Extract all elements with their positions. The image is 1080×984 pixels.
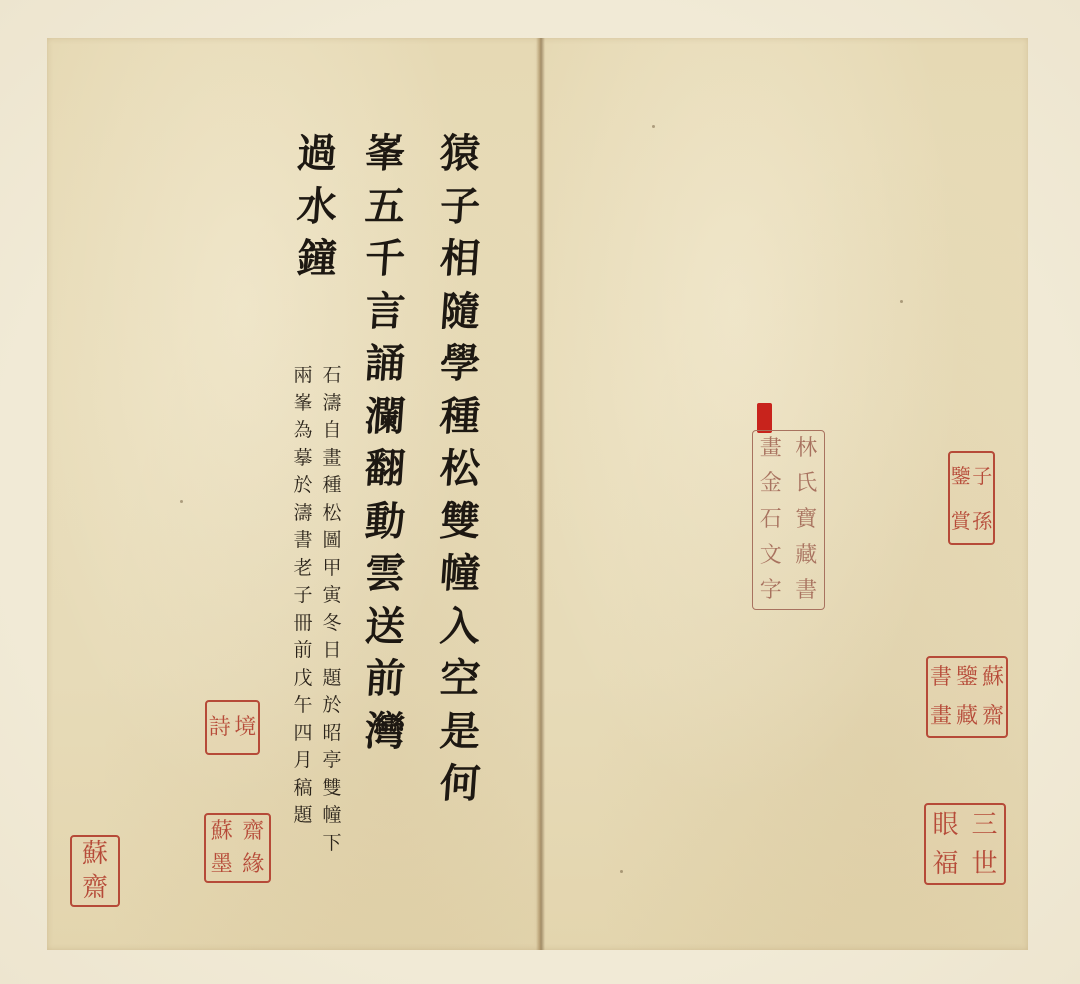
calligraphy-character: 甲 — [320, 555, 344, 583]
calligraphy-character: 石 — [320, 362, 344, 390]
seal-character: 蘇 — [980, 658, 1006, 697]
seal-character: 子 — [972, 453, 994, 498]
calligraphy-character: 鐘 — [290, 233, 344, 286]
seal-character: 世 — [965, 844, 1004, 883]
calligraphy-character: 下 — [320, 830, 344, 858]
calligraphy-character: 隨 — [433, 286, 487, 339]
calligraphy-character: 摹 — [291, 445, 315, 473]
calligraphy-character: 學 — [433, 338, 487, 391]
seal-suzhai-jiancang: 蘇齋鑒藏書畫 — [926, 656, 1008, 738]
seal-character: 眼 — [926, 805, 965, 844]
calligraphy-character: 稿 — [291, 775, 315, 803]
calligraphy-character: 松 — [320, 500, 344, 528]
seal-character: 緣 — [238, 848, 270, 881]
calligraphy-character: 入 — [433, 601, 487, 654]
seal-character: 文 — [753, 538, 789, 574]
calligraphy-character: 子 — [291, 582, 315, 610]
calligraphy-character: 水 — [290, 181, 344, 234]
calligraphy-character: 幢 — [433, 548, 487, 601]
seal-character: 畫 — [928, 697, 954, 736]
calligraphy-character: 冊 — [291, 610, 315, 638]
calligraphy-character: 日 — [320, 637, 344, 665]
seal-character: 詩 — [207, 702, 233, 753]
calligraphy-character: 相 — [433, 233, 487, 286]
calligraphy-character: 動 — [358, 496, 412, 549]
seal-character: 書 — [789, 573, 825, 609]
calligraphy-character: 題 — [320, 665, 344, 693]
calligraphy-character: 昭 — [320, 720, 344, 748]
calligraphy-character: 於 — [291, 472, 315, 500]
calligraphy-character: 子 — [433, 181, 487, 234]
calligraphy-character: 四 — [291, 720, 315, 748]
calligraphy-character: 送 — [358, 601, 412, 654]
calligraphy-character: 月 — [291, 747, 315, 775]
red-paste-mark — [757, 403, 772, 433]
calligraphy-character: 戊 — [291, 665, 315, 693]
calligraphy-character: 亭 — [320, 747, 344, 775]
seal-zisun-jianshang: 子孫鑒賞 — [948, 451, 995, 545]
paper-speck — [180, 500, 183, 503]
calligraphy-character: 老 — [291, 555, 315, 583]
paper-speck — [620, 870, 623, 873]
seal-character: 齋 — [72, 871, 118, 905]
calligraphy-character: 前 — [358, 653, 412, 706]
calligraphy-character: 空 — [433, 653, 487, 706]
poem-column-2: 峯五千言誦瀾翻動雲送前灣 — [360, 128, 410, 758]
calligraphy-character: 於 — [320, 692, 344, 720]
calligraphy-character: 題 — [291, 802, 315, 830]
inscription-column-1: 石濤自畫種松圖甲寅冬日題於昭亭雙幢下 — [320, 362, 344, 857]
seal-lin-collection: 林氏寶藏書畫金石文字 — [752, 430, 825, 610]
calligraphy-character: 雲 — [358, 548, 412, 601]
calligraphy-character: 翻 — [358, 443, 412, 496]
seal-character: 福 — [926, 844, 965, 883]
calligraphy-character: 峯 — [291, 390, 315, 418]
seal-character: 藏 — [789, 538, 825, 574]
calligraphy-character: 是 — [433, 706, 487, 759]
seal-character: 齋 — [980, 697, 1006, 736]
calligraphy-character: 午 — [291, 692, 315, 720]
calligraphy-character: 五 — [358, 181, 412, 234]
calligraphy-character: 雙 — [433, 496, 487, 549]
calligraphy-character: 過 — [290, 128, 344, 181]
seal-sanshi-yanfu: 三世眼福 — [924, 803, 1006, 885]
seal-character: 賞 — [950, 498, 972, 543]
seal-character: 金 — [753, 467, 789, 503]
calligraphy-character: 前 — [291, 637, 315, 665]
calligraphy-character: 幢 — [320, 802, 344, 830]
calligraphy-character: 自 — [320, 417, 344, 445]
calligraphy-character: 濤 — [320, 390, 344, 418]
calligraphy-character: 寅 — [320, 582, 344, 610]
seal-character: 石 — [753, 502, 789, 538]
seal-character: 孫 — [972, 498, 994, 543]
calligraphy-character: 冬 — [320, 610, 344, 638]
calligraphy-character: 誦 — [358, 338, 412, 391]
paper-speck — [900, 300, 903, 303]
calligraphy-character: 種 — [433, 391, 487, 444]
seal-character: 蘇 — [206, 815, 238, 848]
calligraphy-character: 畫 — [320, 445, 344, 473]
seal-character: 鑒 — [954, 658, 980, 697]
calligraphy-character: 猿 — [433, 128, 487, 181]
poem-column-3: 過水鐘 — [292, 128, 342, 286]
seal-suzhai-moyuan: 蘇齋墨緣 — [204, 813, 271, 883]
center-fold — [536, 38, 545, 950]
seal-character: 齋 — [238, 815, 270, 848]
seal-character: 境 — [233, 702, 259, 753]
calligraphy-character: 濤 — [291, 500, 315, 528]
calligraphy-character: 書 — [291, 527, 315, 555]
calligraphy-character: 圖 — [320, 527, 344, 555]
calligraphy-character: 為 — [291, 417, 315, 445]
seal-character: 藏 — [954, 697, 980, 736]
calligraphy-character: 灣 — [358, 706, 412, 759]
calligraphy-character: 種 — [320, 472, 344, 500]
seal-character: 三 — [965, 805, 1004, 844]
calligraphy-character: 言 — [358, 286, 412, 339]
calligraphy-character: 峯 — [358, 128, 412, 181]
seal-character: 氏 — [789, 467, 825, 503]
seal-character: 林 — [789, 431, 825, 467]
poem-column-1: 猿子相隨學種松雙幢入空是何 — [435, 128, 485, 811]
calligraphy-character: 兩 — [291, 362, 315, 390]
calligraphy-character: 何 — [433, 758, 487, 811]
seal-character: 畫 — [753, 431, 789, 467]
seal-character: 書 — [928, 658, 954, 697]
paper-speck — [652, 125, 655, 128]
calligraphy-character: 千 — [358, 233, 412, 286]
calligraphy-character: 松 — [433, 443, 487, 496]
calligraphy-character: 雙 — [320, 775, 344, 803]
seal-character: 寶 — [789, 502, 825, 538]
seal-shijing: 詩境 — [205, 700, 260, 755]
seal-character: 字 — [753, 573, 789, 609]
seal-character: 鑒 — [950, 453, 972, 498]
seal-suzhai: 蘇齋 — [70, 835, 120, 907]
calligraphy-character: 瀾 — [358, 391, 412, 444]
seal-character: 墨 — [206, 848, 238, 881]
seal-character: 蘇 — [72, 837, 118, 871]
inscription-column-2: 兩峯為摹於濤書老子冊前戊午四月稿題 — [291, 362, 315, 830]
